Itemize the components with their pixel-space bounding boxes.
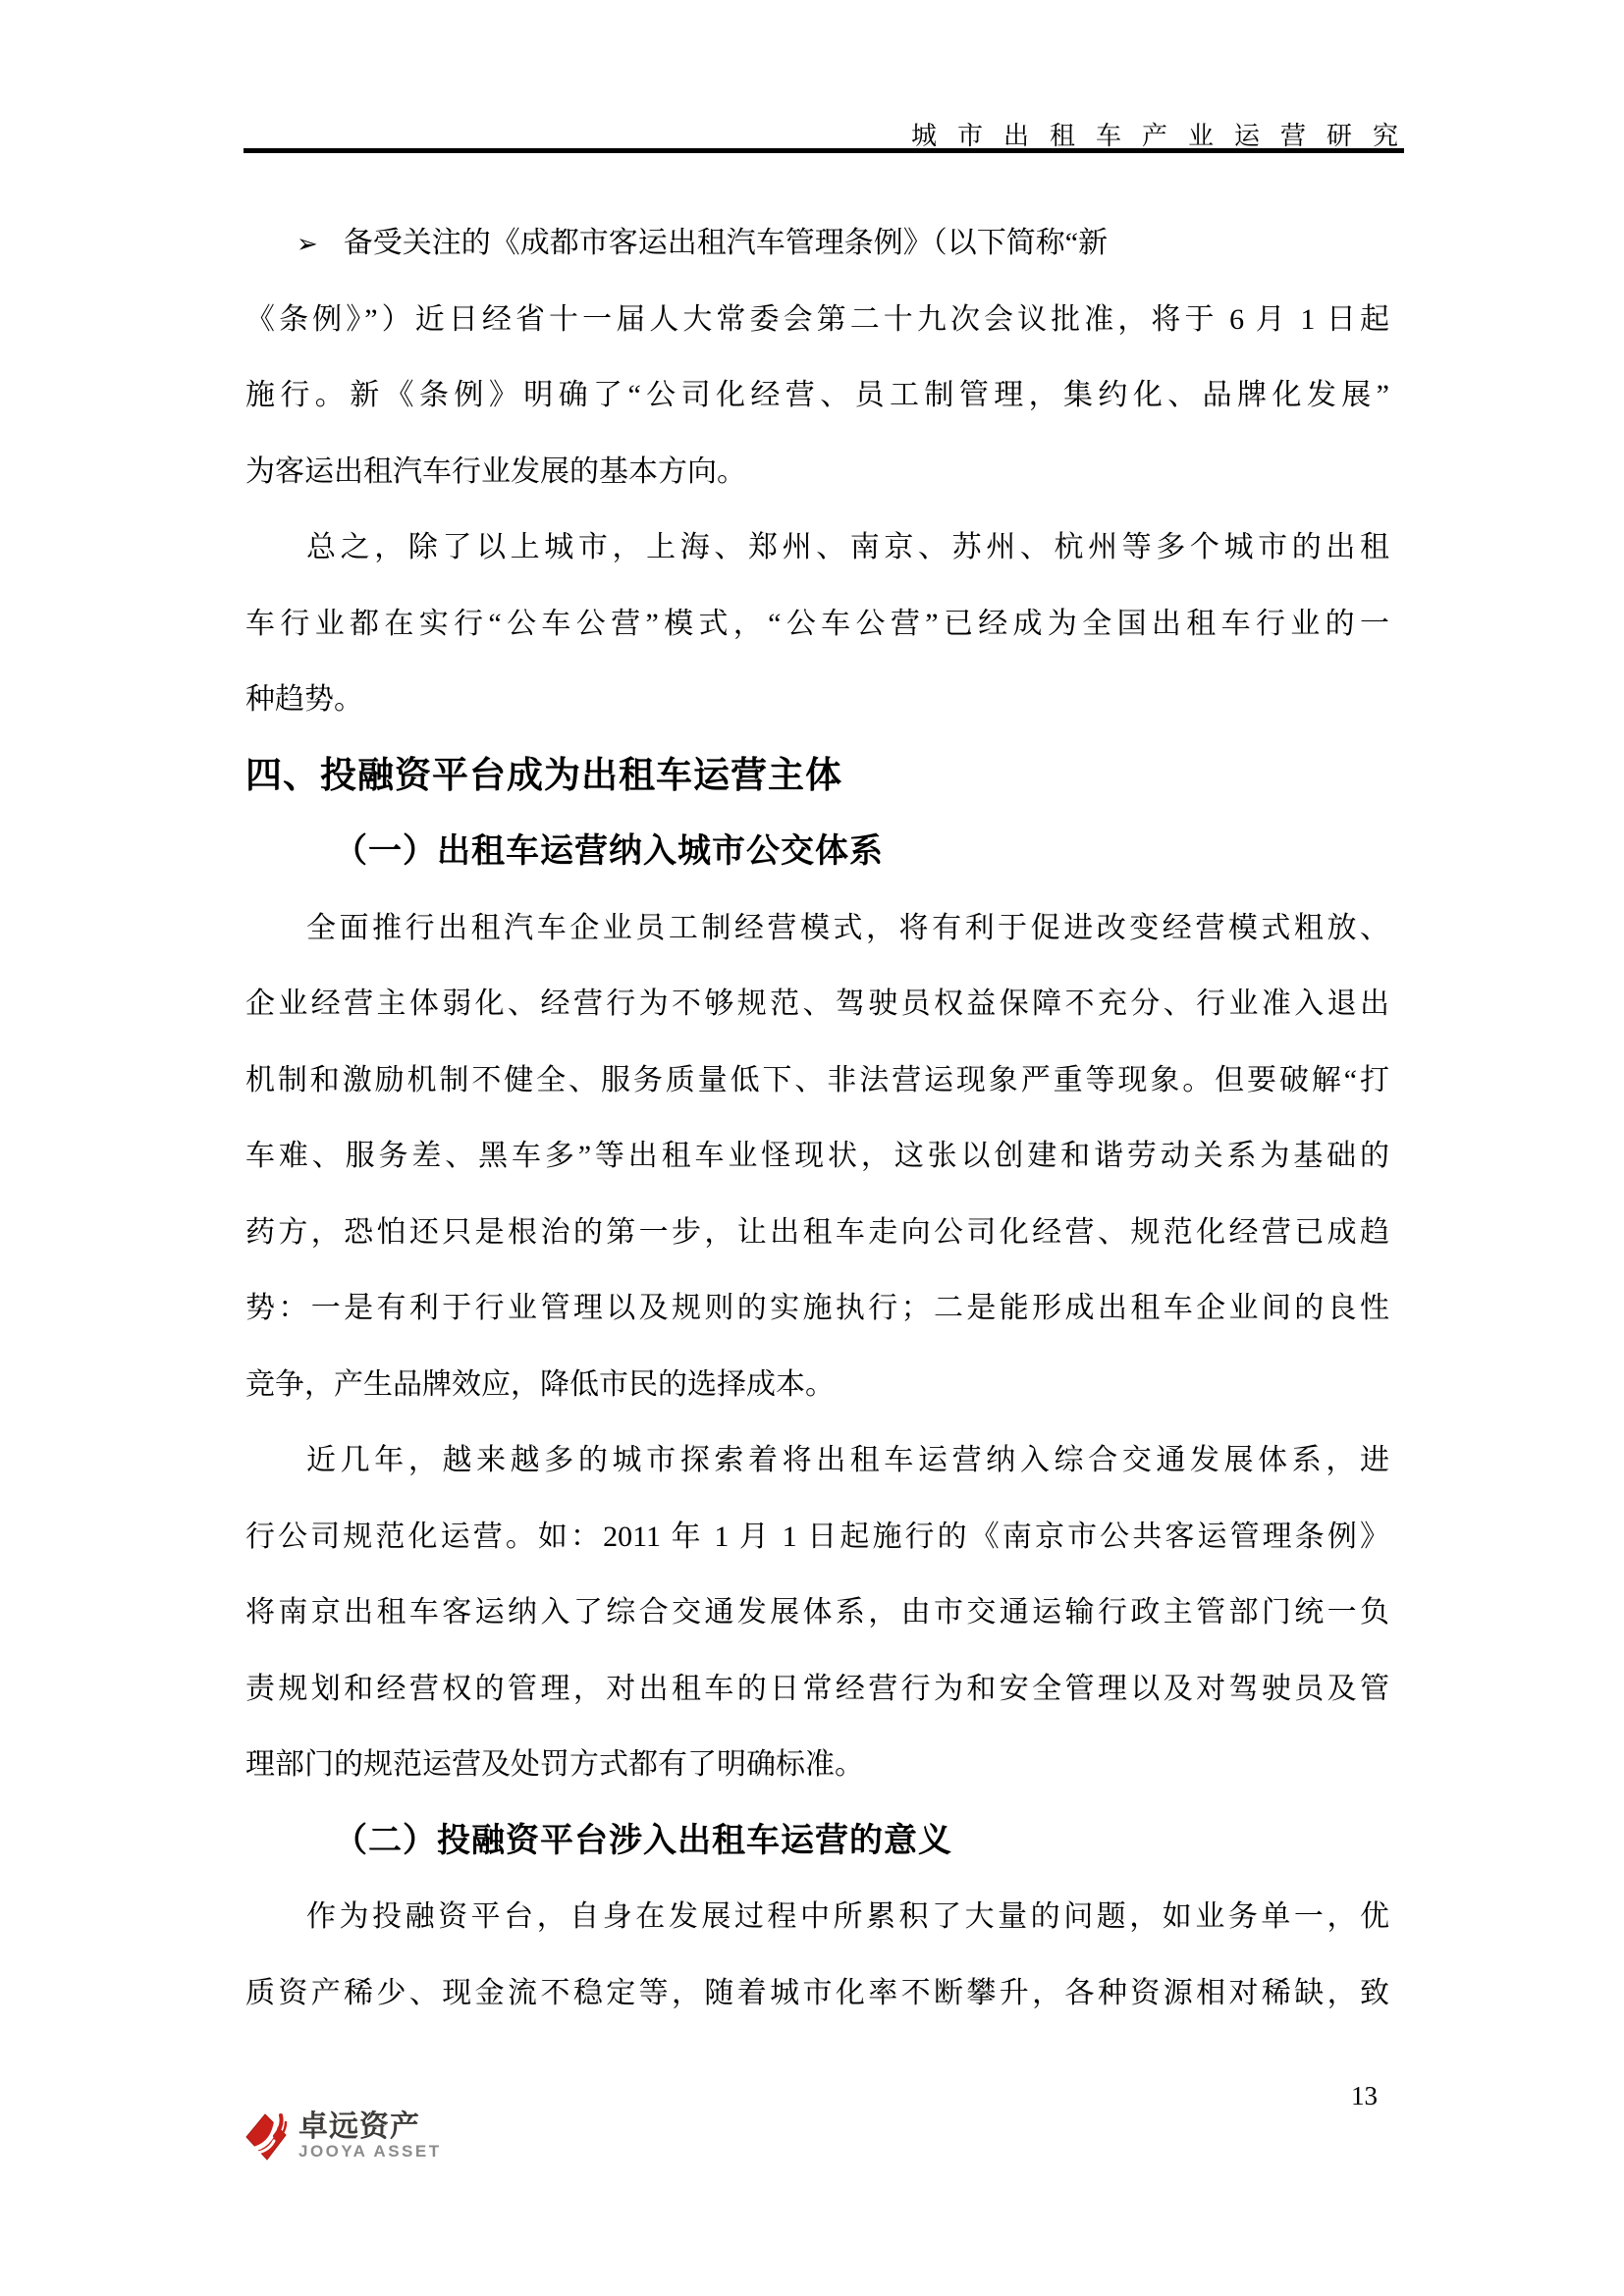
header-rule (244, 148, 1404, 153)
text-line: 质资产稀少、现金流不稳定等，随着城市化率不断攀升，各种资源相对稀缺，致 (245, 1955, 1389, 2032)
logo-en-name: JOOYA ASSET (298, 2143, 442, 2160)
text-line: 竞争，产生品牌效应，降低市民的选择成本。 (245, 1347, 1389, 1423)
bullet-arrow-icon: ➢ (297, 207, 318, 284)
text-line: 行公司规范化运营。如：2011 年 1 月 1 日起施行的《南京市公共客运管理条… (245, 1499, 1389, 1575)
page-number: 13 (1351, 2081, 1378, 2111)
text-line: 为客运出租汽车行业发展的基本方向。 (245, 434, 1389, 510)
text-line: 机制和激励机制不健全、服务质量低下、非法营运现象严重等现象。但要破解“打 (245, 1042, 1389, 1119)
text-line: 车行业都在实行“公车公营”模式，“公车公营”已经成为全国出租车行业的一 (245, 586, 1389, 663)
text-line: 种趋势。 (245, 662, 1389, 738)
text-line: 势：一是有利于行业管理以及规则的实施执行；二是能形成出租车企业间的良性 (245, 1270, 1389, 1347)
subsection-heading: （一）出租车运营纳入城市公交体系 (245, 814, 1389, 890)
text-line: 责规划和经营权的管理，对出租车的日常经营行为和安全管理以及对驾驶员及管 (245, 1651, 1389, 1728)
document-body: ➢备受关注的《成都市客运出租汽车管理条例》（以下简称“新《条例》”）近日经省十一… (245, 205, 1389, 2031)
text-line: 作为投融资平台，自身在发展过程中所累积了大量的问题，如业务单一，优 (245, 1879, 1389, 1955)
text-line: 近几年，越来越多的城市探索着将出租车运营纳入综合交通发展体系，进 (245, 1422, 1389, 1499)
text-line: 总之，除了以上城市，上海、郑州、南京、苏州、杭州等多个城市的出租 (245, 509, 1389, 586)
text-line: 企业经营主体弱化、经营行为不够规范、驾驶员权益保障不充分、行业准入退出 (245, 966, 1389, 1042)
jooya-logo-icon (242, 2109, 293, 2163)
text-line: 全面推行出租汽车企业员工制经营模式，将有利于促进改变经营模式粗放、 (245, 890, 1389, 967)
document-page: 城市出租车产业运营研究 ➢备受关注的《成都市客运出租汽车管理条例》（以下简称“新… (0, 0, 1624, 2296)
subsection-heading: （二）投融资平台涉入出租车运营的意义 (245, 1803, 1389, 1880)
text-line: 将南京出租车客运纳入了综合交通发展体系，由市交通运输行政主管部门统一负 (245, 1575, 1389, 1651)
text-line: 《条例》”）近日经省十一届人大常委会第二十九次会议批准，将于 6 月 1 日起 (245, 282, 1389, 358)
text-line: 施行。新《条例》明确了“公司化经营、员工制管理，集约化、品牌化发展” (245, 357, 1389, 434)
section-heading: 四、投融资平台成为出租车运营主体 (245, 738, 1389, 815)
text-line: 车难、服务差、黑车多”等出租车业怪现状，这张以创建和谐劳动关系为基础的 (245, 1118, 1389, 1195)
text-line: 药方，恐怕还只是根治的第一步，让出租车走向公司化经营、规范化经营已成趋 (245, 1195, 1389, 1271)
footer-logo: 卓远资产 JOOYA ASSET (242, 2109, 442, 2163)
logo-cn-name: 卓远资产 (298, 2112, 442, 2142)
text-line: ➢备受关注的《成都市客运出租汽车管理条例》（以下简称“新 (245, 205, 1389, 282)
text-line: 理部门的规范运营及处罚方式都有了明确标准。 (245, 1727, 1389, 1803)
logo-text: 卓远资产 JOOYA ASSET (298, 2112, 442, 2160)
bullet-line-text: 备受关注的《成都市客运出租汽车管理条例》（以下简称“新 (344, 227, 1108, 259)
page-header-title: 城市出租车产业运营研究 (911, 116, 1419, 152)
